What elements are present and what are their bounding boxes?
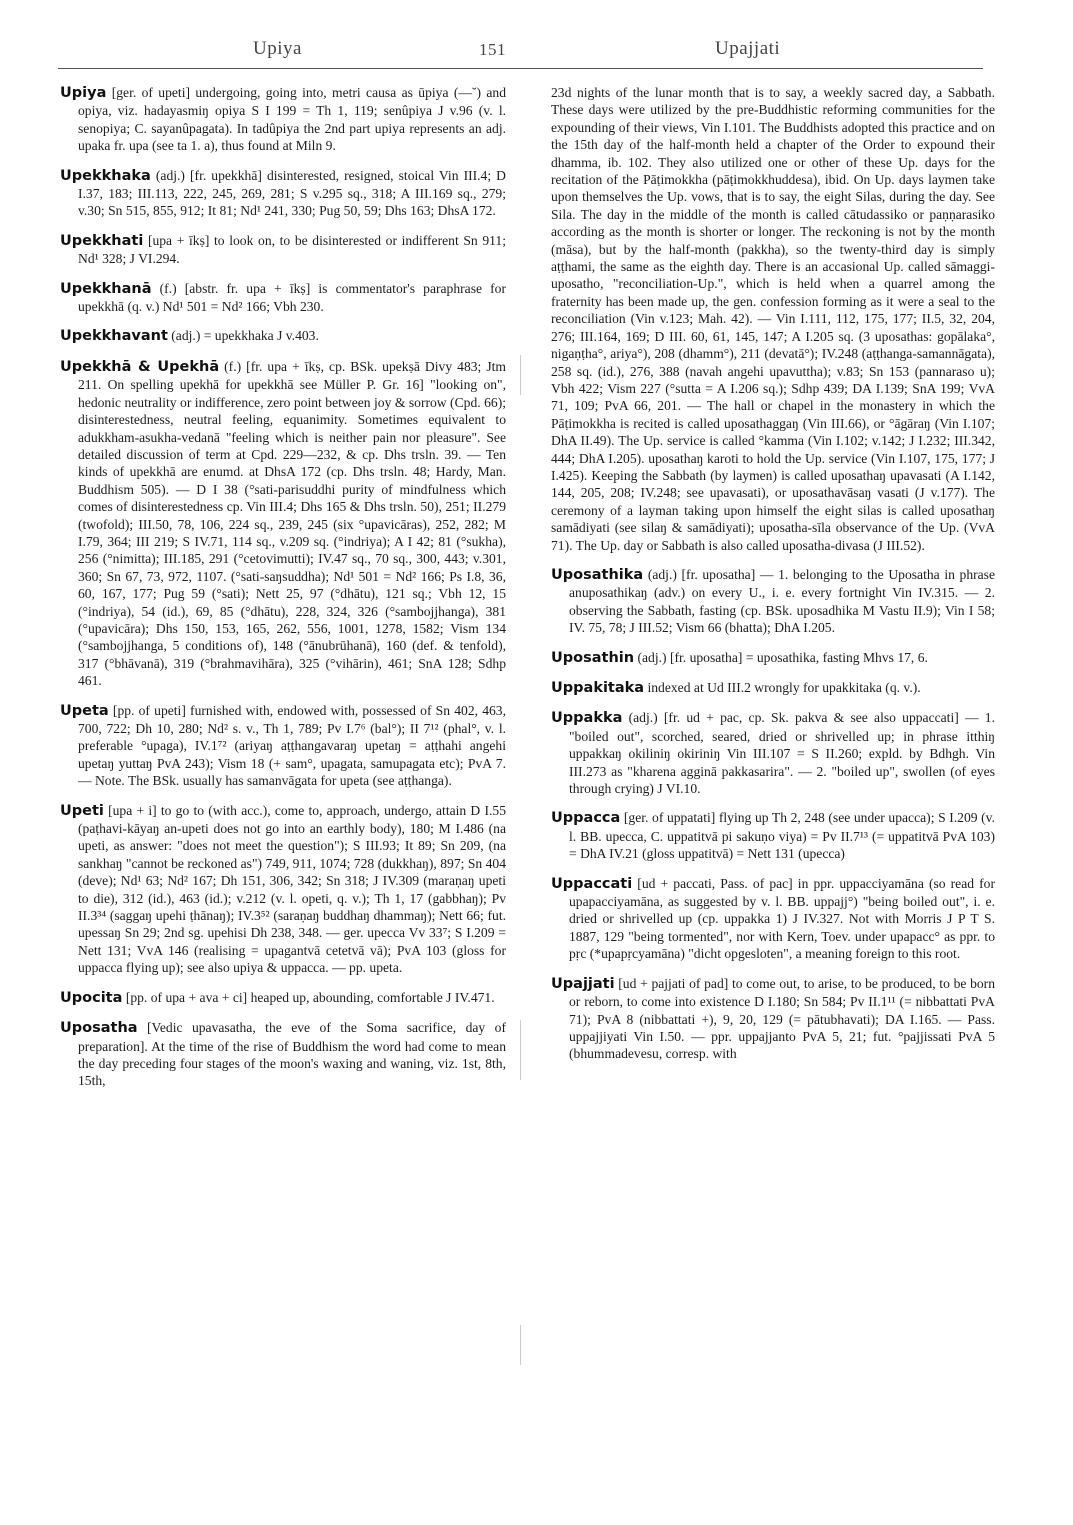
headword: Upiya [60, 85, 106, 101]
headword: Uppakka [551, 710, 622, 726]
right-column: 23d nights of the lunar month that is to… [551, 84, 995, 1075]
dictionary-entry: Uposathika (adj.) [fr. uposatha] — 1. be… [551, 566, 995, 637]
dictionary-entry: Uppaccati [ud + paccati, Pass. of pac] i… [551, 875, 995, 963]
entry-definition: [upa + i] to go to (with acc.), come to,… [78, 803, 506, 976]
headword: Uppakitaka [551, 680, 644, 696]
dictionary-entry: Upajjati [ud + pajjati of pad] to come o… [551, 975, 995, 1063]
dictionary-entry: Upeti [upa + i] to go to (with acc.), co… [60, 802, 506, 977]
page-number: 151 [479, 40, 506, 60]
entry-definition: 23d nights of the lunar month that is to… [551, 85, 995, 553]
headword: Upekkhavant [60, 328, 168, 344]
dictionary-entry: Upocita [pp. of upa + ava + ci] heaped u… [60, 989, 506, 1007]
dictionary-entry: Upekkhavant (adj.) = upekkhaka J v.403. [60, 327, 506, 345]
headword: Upekkhā & Upekhā [60, 359, 219, 375]
headword: Uppacca [551, 810, 620, 826]
headword: Uposathika [551, 567, 643, 583]
headword: Upekkhanā [60, 281, 152, 297]
entry-definition: [upa + īkṣ] to look on, to be disinteres… [78, 233, 506, 266]
entry-definition: [ud + pajjati of pad] to come out, to ar… [569, 976, 995, 1062]
entry-definition: indexed at Ud III.2 wrongly for upakkita… [647, 680, 920, 695]
dictionary-entry: Uppakka (adj.) [fr. ud + pac, cp. Sk. pa… [551, 709, 995, 797]
dictionary-entry: Upiya [ger. of upeti] undergoing, going … [60, 84, 506, 155]
dictionary-entry: Uppakitaka indexed at Ud III.2 wrongly f… [551, 679, 995, 697]
dictionary-entry: Uposathin (adj.) [fr. uposatha] = uposat… [551, 649, 995, 667]
running-header: Upiya 151 Upajjati [58, 34, 983, 64]
entry-definition: [Vedic upavasatha, the eve of the Soma s… [78, 1020, 506, 1088]
dictionary-entry: Upeta [pp. of upeti] furnished with, end… [60, 702, 506, 790]
dictionary-entry: Upekkhati [upa + īkṣ] to look on, to be … [60, 232, 506, 268]
entry-definition: [ger. of upeti] undergoing, going into, … [78, 85, 506, 153]
entry-definition: (adj.) [fr. uposatha] = uposathika, fast… [637, 650, 927, 665]
entry-definition: (f.) [fr. upa + īkṣ, cp. BSk. upekṣā Div… [78, 359, 506, 688]
headword: Upekkhaka [60, 168, 151, 184]
headword: Uposatha [60, 1020, 138, 1036]
column-divider [520, 1020, 521, 1080]
entry-definition: [pp. of upeti] furnished with, endowed w… [78, 703, 506, 789]
headword: Upekkhati [60, 233, 143, 249]
dictionary-entry: Uposatha [Vedic upavasatha, the eve of t… [60, 1019, 506, 1090]
dictionary-entry: Upekkhanā (f.) [abstr. fr. upa + īkṣ] is… [60, 280, 506, 316]
dictionary-entry: Upekkhaka (adj.) [fr. upekkhā] disintere… [60, 167, 506, 220]
entry-definition: [ud + paccati, Pass. of pac] in ppr. upp… [569, 876, 995, 962]
dictionary-entry: Upekkhā & Upekhā (f.) [fr. upa + īkṣ, cp… [60, 358, 506, 690]
dictionary-entry: Uppacca [ger. of uppatati] flying up Th … [551, 809, 995, 862]
column-divider [520, 1325, 521, 1365]
entry-definition: [pp. of upa + ava + ci] heaped up, aboun… [126, 990, 495, 1005]
entry-definition: (adj.) = upekkhaka J v.403. [171, 328, 319, 343]
headword: Upeti [60, 803, 104, 819]
left-guideword: Upiya [253, 38, 302, 60]
header-rule [58, 68, 983, 69]
right-guideword: Upajjati [715, 38, 780, 60]
entry-definition: (adj.) [fr. ud + pac, cp. Sk. pakva & se… [569, 710, 995, 796]
entry-definition: [ger. of uppatati] flying up Th 2, 248 (… [569, 810, 995, 861]
dictionary-entry: 23d nights of the lunar month that is to… [551, 84, 995, 554]
column-divider [520, 355, 521, 395]
headword: Uposathin [551, 650, 634, 666]
left-column: Upiya [ger. of upeti] undergoing, going … [60, 84, 506, 1102]
headword: Upeta [60, 703, 109, 719]
headword: Upocita [60, 990, 122, 1006]
headword: Upajjati [551, 976, 615, 992]
headword: Uppaccati [551, 876, 632, 892]
